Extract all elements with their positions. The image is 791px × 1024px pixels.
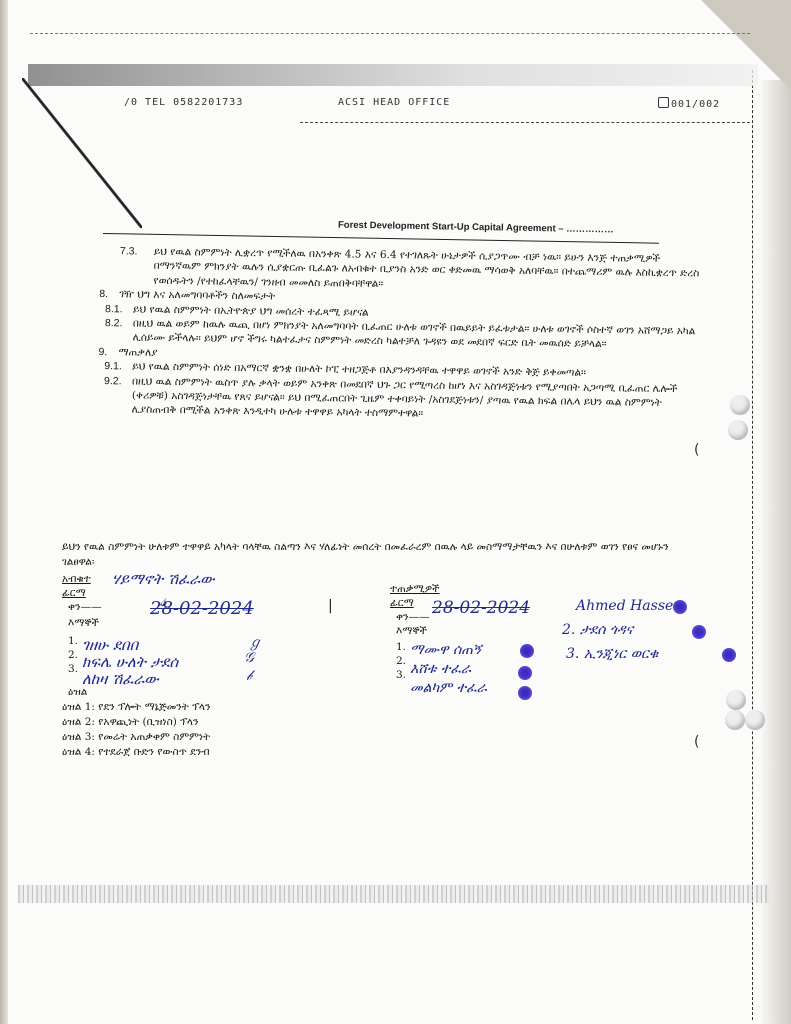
- clause-text: በዚህ ዉል ስምምነት ዉስጥ ያሉ ቃላት ወይም አንቀጽ በመደበኛ ህ…: [132, 375, 678, 420]
- fax-page-counter: 001/002: [658, 97, 720, 110]
- handwritten-beneficiary-1: Ahmed Hassen: [576, 598, 682, 614]
- clause-heading: ገዥ ህግ እና አለመግባባቶችን ስለመፍታት: [119, 288, 275, 302]
- clause-number: 9.2.: [104, 374, 122, 389]
- annex-item: ዕዝል 4: የተደራጀ ቡድን የውስጥ ደንብ: [62, 745, 210, 760]
- handwritten-beneficiary-3: 3. ኢንጂነር ወርቁ: [566, 646, 658, 662]
- top-rule: [30, 33, 750, 34]
- annex-item: ዕዝል 3: የመሬት አጠቃቀም ስምምነት: [62, 730, 210, 745]
- clause-number: 8.2.: [105, 316, 123, 331]
- thumbprint-stamp: [518, 666, 532, 680]
- annex-list: ዕዝል ዕዝል 1: የደን ፕሎት ማኔጅመንት ፕላን ዕዝል 2: የአዋ…: [62, 685, 210, 760]
- clause-text: ይህ የዉል ስምምነት ሊቋረጥ የሚችለዉ በአንቀጽ 4.5 እና 6.4…: [153, 246, 699, 290]
- clause-number: 9.: [98, 345, 107, 360]
- thumbprint-stamp: [692, 625, 706, 639]
- fax-noise-band: [18, 885, 770, 903]
- fax-page-icon: [658, 97, 669, 108]
- punch-hole: [728, 420, 748, 440]
- witness-signature-mark: 𝒢: [244, 650, 254, 666]
- handwritten-witness: እሸቱ ተፈራ: [410, 661, 471, 677]
- fax-sender-tel: /0 TEL 0582201733: [124, 97, 243, 108]
- thumbprint-stamp: [520, 644, 534, 658]
- fax-rule: [300, 122, 750, 123]
- handwritten-witness: ገዘሁ ደበበ: [82, 636, 138, 654]
- handwritten-witness: ማሙዋ ሰጠኝ: [410, 642, 481, 658]
- clause-heading: ማጠቃለያ: [118, 346, 157, 359]
- handwritten-lender-name: ሃይማኖት ሽፈራው: [112, 570, 215, 588]
- annex-heading: ዕዝል: [62, 685, 210, 700]
- punch-hole: [725, 710, 745, 730]
- stray-mark: (: [694, 442, 699, 458]
- annex-item: ዕዝል 1: የደን ፕሎት ማኔጅመንት ፕላን: [62, 700, 210, 715]
- handwritten-beneficiary-2: 2. ታደሰ ጎዳና: [562, 622, 633, 638]
- punch-hole: [726, 690, 746, 710]
- agreement-body: 7.3. ይህ የዉል ስምምነት ሊቋረጥ የሚችለዉ በአንቀጽ 4.5 እ…: [98, 244, 710, 425]
- scan-edge-left: [0, 0, 8, 1024]
- closing-statement: ይህን የዉል ስምምነት ሁለቱም ተዋዋይ አካላት ባላቸዉ ስልጣን እ…: [62, 540, 682, 570]
- party-label: ተጠቃሚዎች: [390, 582, 740, 596]
- thumbprint-stamp: [518, 686, 532, 700]
- scan-edge-right: [761, 80, 791, 1024]
- punch-hole: [730, 395, 750, 415]
- annex-item: ዕዝል 2: የአዋጪነት (ቢዝነስ) ፕላን: [62, 715, 210, 730]
- punch-hole: [745, 710, 765, 730]
- handwritten-witness: መልካም ተፈራ: [410, 680, 487, 696]
- witness-signature-mark: ℊ: [248, 632, 262, 652]
- stray-mark: (: [694, 734, 699, 750]
- stray-mark: |: [328, 598, 333, 614]
- clause-number: 8.1.: [105, 302, 123, 317]
- clause-number: 9.1.: [104, 359, 122, 374]
- handwritten-witness: ክፍሌ ሁለት ታደሰ: [82, 653, 178, 671]
- handwritten-beneficiary-date: 28-02-2024: [432, 598, 530, 618]
- witness-signature-mark: 𝒷: [246, 668, 252, 684]
- clause-number: 7.3.: [120, 244, 138, 259]
- clause-number: 8.: [99, 287, 108, 302]
- lender-signature-scribble: 𝓈: [160, 590, 167, 611]
- fax-office: ACSI HEAD OFFICE: [338, 97, 450, 108]
- thumbprint-stamp: [673, 600, 687, 614]
- thumbprint-stamp: [722, 648, 736, 662]
- margin-line: [752, 70, 753, 1020]
- clause-9-2: 9.2. በዚህ ዉል ስምምነት ዉስጥ ያሉ ቃላት ወይም አንቀጽ በመ…: [98, 374, 709, 426]
